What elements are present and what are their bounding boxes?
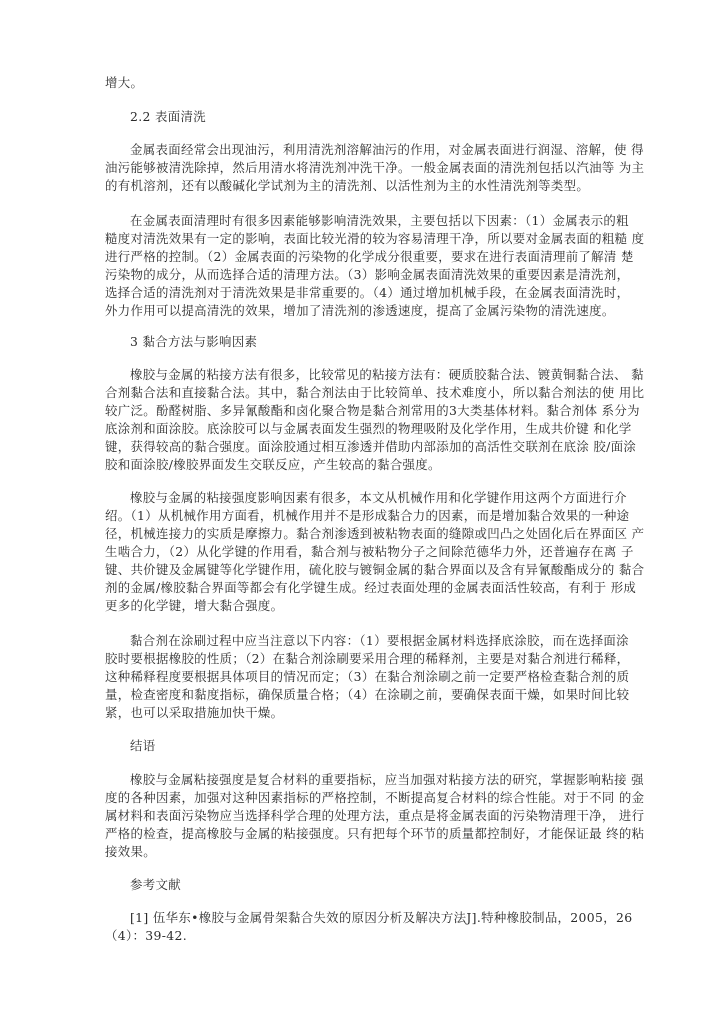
text-line: 油污能够被清洗除掉，然后用清水将清洗剂冲洗干净。一般金属表面的清洗剂包括以汽油等…: [105, 159, 618, 177]
text-line: 较广泛。酚醛树脂、多异氰酸酯和卤化聚合物是黏合剂常用的3大类基体材料。黏合剂体 …: [105, 402, 618, 420]
text-line: 糙度对清洗效果有一定的影响，表面比较光滑的较为容易清理干净，所以要对金属表面的粗…: [105, 230, 618, 248]
text-line: 这种稀释程度要根据具体项目的情况而定；（3）在黏合剂涂刷之前一定要严格检查黏合剂…: [105, 668, 618, 686]
text-line: 键、共价键及金属键等化学键作用，硫化胶与镀铜金属的黏合界面以及含有异氰酸酯成分的…: [105, 561, 618, 579]
section-heading-references: 参考文献: [130, 876, 643, 894]
text-line: 键，获得较高的黏合强度。面涂胶通过相互渗透并借助内部添加的高活性交联剂在底涂 胶…: [105, 438, 618, 456]
text-line: 外力作用可以提高清洗的效果，增加了清洗剂的渗透速度，提高了金属污染物的清洗速度。: [105, 302, 618, 320]
section-heading-2-2: 2.2 表面清洗: [130, 108, 643, 126]
text-line: 更多的化学键，增大黏合强度。: [105, 597, 618, 615]
text-line: 橡胶与金属粘接强度是复合材料的重要指标，应当加强对粘接方法的研究，掌握影响粘接 …: [130, 771, 618, 789]
text-line: 剂的金属/橡胶黏合界面等都会有化学键生成。经过表面处理的金属表面活性较高，有利于…: [105, 579, 618, 597]
text-line: 属材料和表面污染物应当选择科学合理的处理方法，重点是将金属表面的污染物清理干净，…: [105, 807, 618, 825]
text-line: 绍。（1）从机械作用方面看，机械作用并不是形成黏合力的因素，而是增加黏合效果的一…: [105, 507, 618, 525]
text-line: 生啮合力，（2）从化学键的作用看，黏合剂与被粘物分子之间除范德华力外，还普遍存在…: [105, 543, 618, 561]
text-line: 接效果。: [105, 843, 618, 861]
text-line: 严格的检查，提高橡胶与金属的粘接强度。只有把每个环节的质量都控制好，才能保证最 …: [105, 825, 618, 843]
section-heading-conclusion: 结语: [130, 737, 643, 755]
text-line: 胶时要根据橡胶的性质；（2）在黏合剂涂刷要采用合理的稀释剂，主要是对黏合剂进行稀…: [105, 650, 618, 668]
text-line: （4）：39-42.: [105, 927, 618, 945]
text-line: 底涂剂和面涂胶。底涂胶可以与金属表面发生强烈的物理吸附及化学作用，生成共价键 和…: [105, 420, 618, 438]
text-line: 在金属表面清理时有很多因素能够影响清洗效果，主要包括以下因素：（1）金属表示的粗: [130, 212, 618, 230]
text-line: 度的各种因素，加强对这种因素指标的严格控制，不断提高复合材料的综合性能。对于不同…: [105, 789, 618, 807]
text-line: 选择合适的清洗剂对于清洗效果是非常重要的。（4）通过增加机械手段，在金属表面清洗…: [105, 284, 618, 302]
text-line: 黏合剂在涂刷过程中应当注意以下内容：（1）要根据金属材料选择底涂胶，而在选择面涂: [130, 632, 618, 650]
text-line: [1] 伍华东•橡胶与金属骨架黏合失效的原因分析及解决方法J].特种橡胶制品，2…: [130, 909, 618, 927]
text-line: 橡胶与金属的粘接方法有很多，比较常见的粘接方法有：硬质胶黏合法、镀黄铜黏合法、 …: [130, 366, 618, 384]
text-line: 橡胶与金属的粘接强度影响因素有很多，本文从机械作用和化学键作用这两个方面进行介: [130, 489, 618, 507]
text-line: 金属表面经常会出现油污，利用清洗剂溶解油污的作用，对金属表面进行润湿、溶解，使 …: [130, 141, 618, 159]
document-page: 增大。 2.2 表面清洗 金属表面经常会出现油污，利用清洗剂溶解油污的作用，对金…: [0, 0, 720, 1017]
text-line: 合剂黏合法和直接黏合法。其中，黏合剂法由于比较简单、技术难度小，所以黏合剂法的使…: [105, 384, 618, 402]
text-line: 紧，也可以采取措施加快干燥。: [105, 704, 618, 722]
section-heading-3: 3 黏合方法与影响因素: [130, 333, 643, 351]
text-line: 径，机械连接力的实质是摩擦力。黏合剂渗透到被粘物表面的缝隙或凹凸之处固化后在界面…: [105, 525, 618, 543]
text-line: 量，检查密度和黏度指标，确保质量合格；（4）在涂刷之前，要确保表面干燥，如果时间…: [105, 686, 618, 704]
text-line: 的有机溶剂，还有以酸碱化学试剂为主的清洗剂、以活性剂为主的水性清洗剂等类型。: [105, 177, 618, 195]
text-line: 进行严格的控制。（2）金属表面的污染物的化学成分很重要，要求在进行表面清理前了解…: [105, 248, 618, 266]
text-line: 胶和面涂胶/橡胶界面发生交联反应，产生较高的黏合强度。: [105, 456, 618, 474]
text-line: 污染物的成分，从而选择合适的清理方法。（3）影响金属表面清洗效果的重要因素是清洗…: [105, 266, 618, 284]
paragraph-tail: 增大。: [105, 74, 618, 92]
